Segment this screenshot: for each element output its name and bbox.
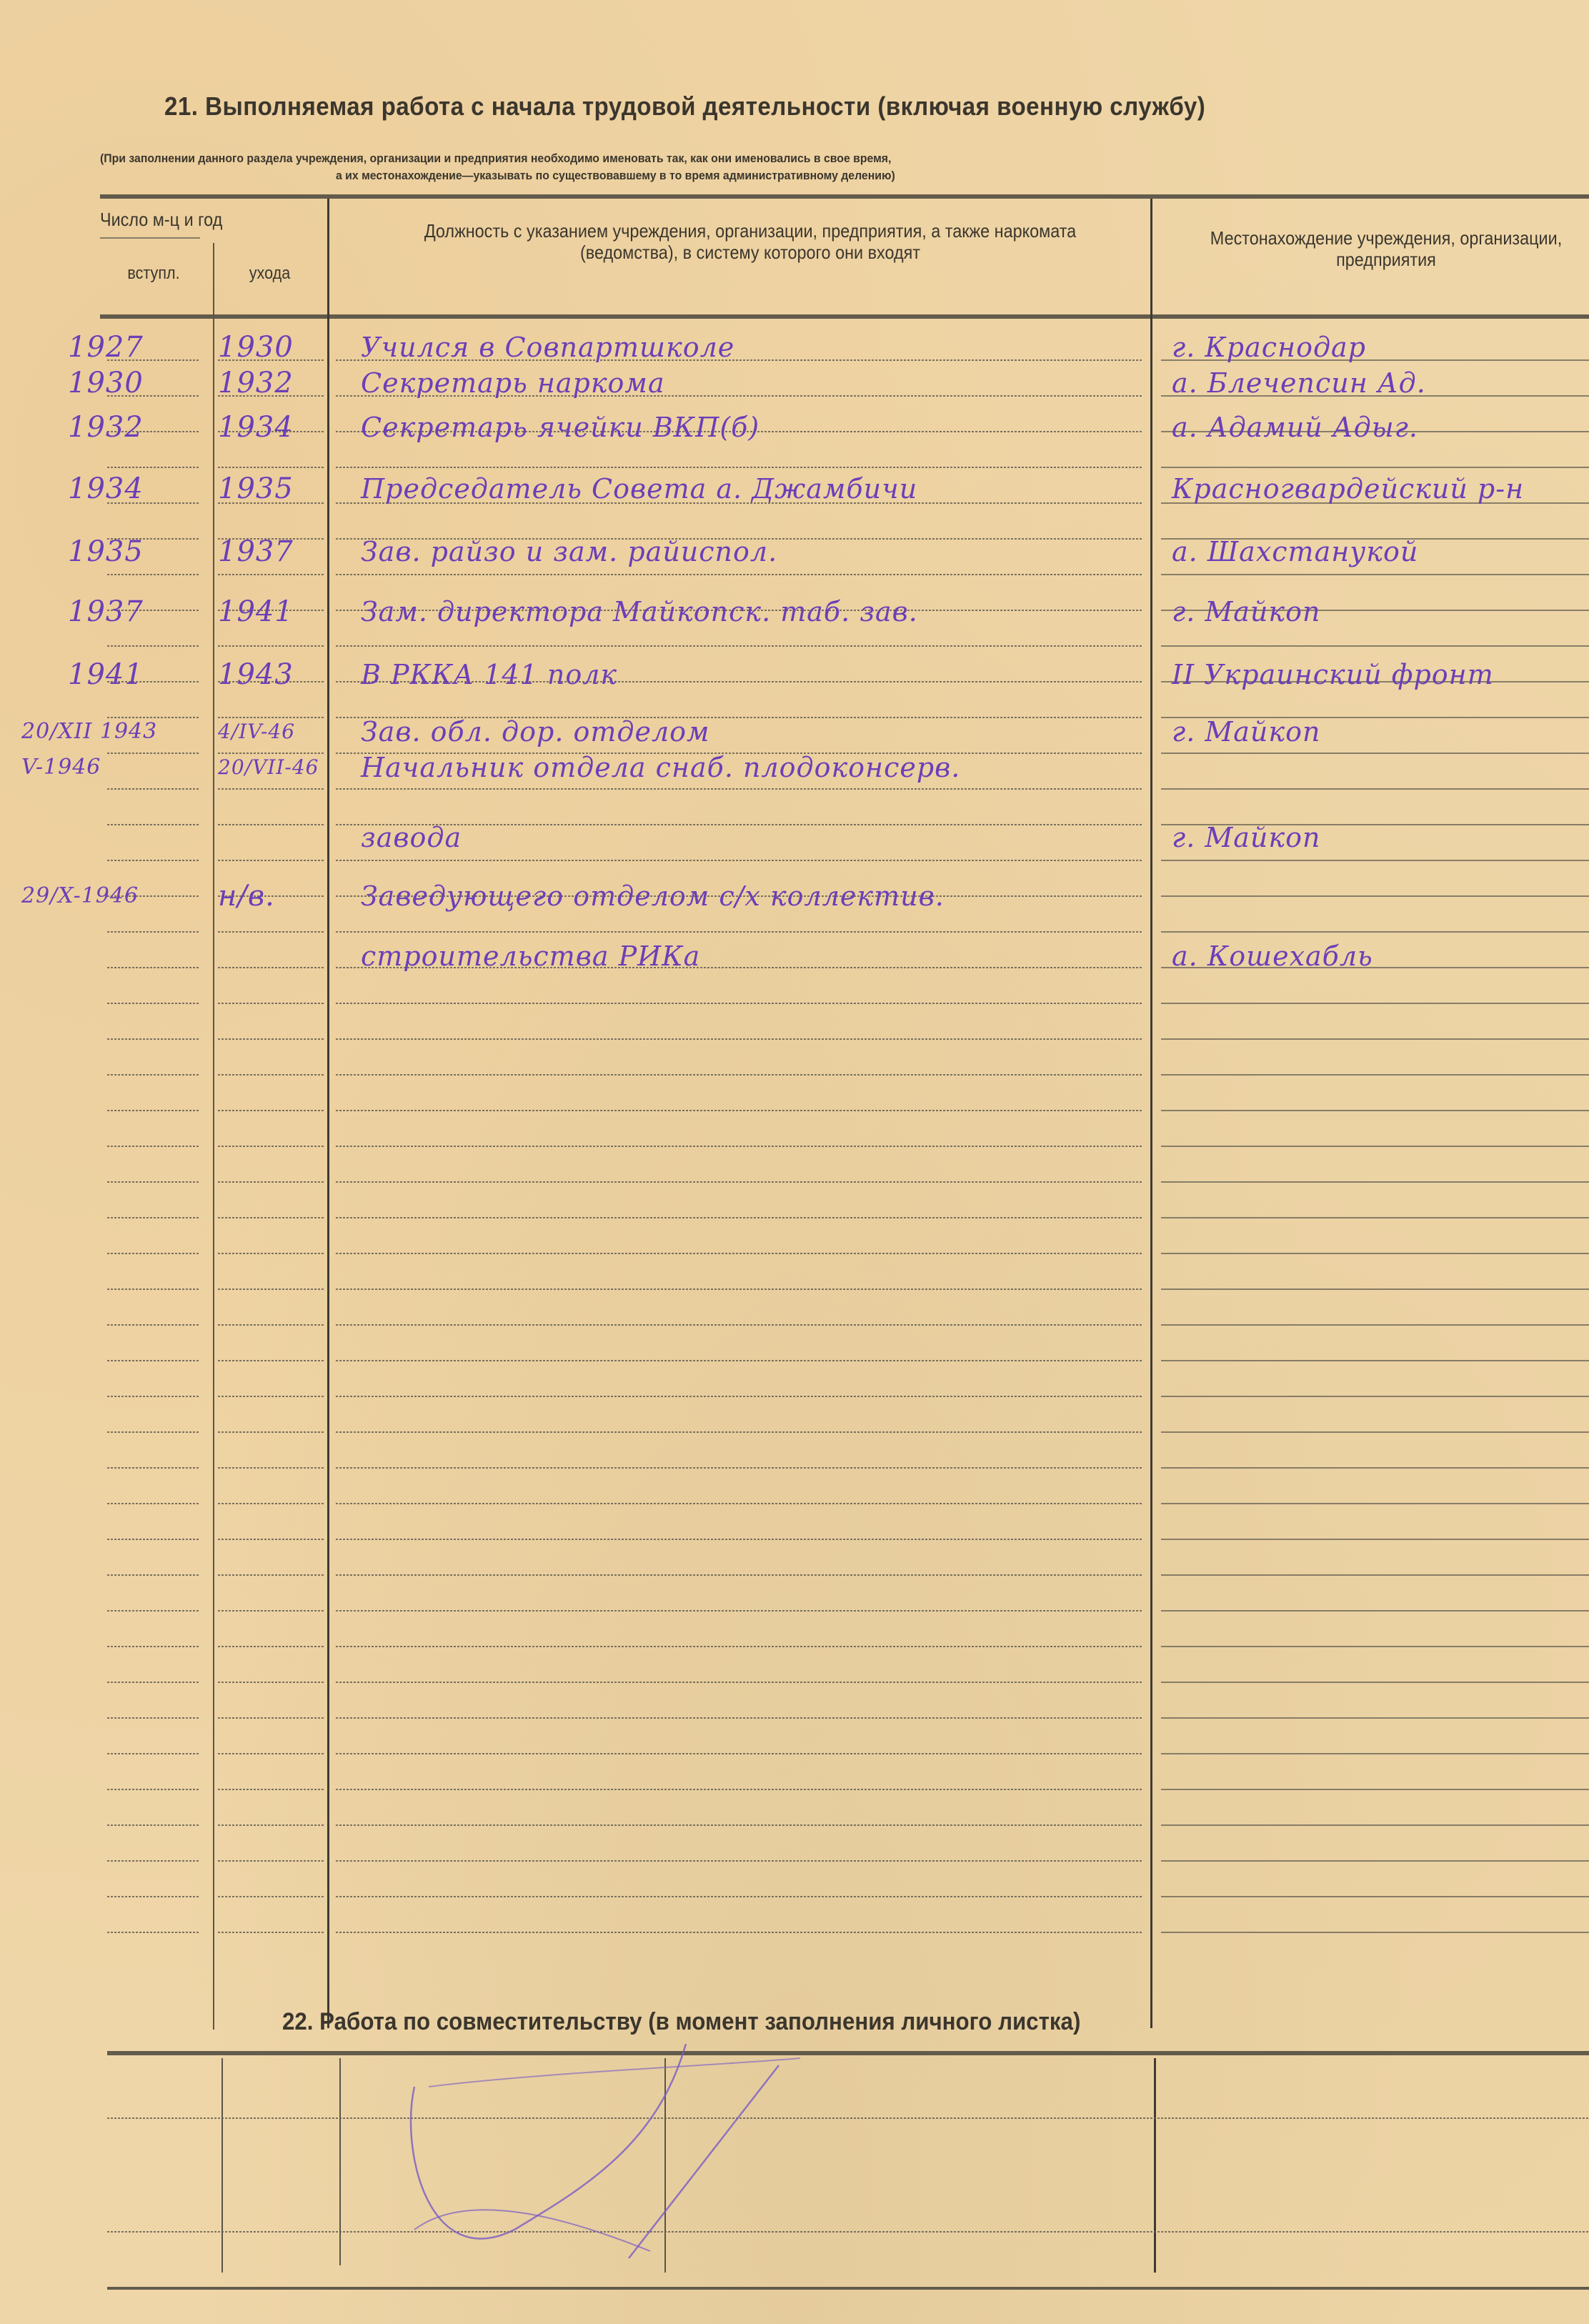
row-rule (107, 1610, 200, 1612)
row-rule (218, 1896, 325, 1897)
row-rule (336, 1932, 1143, 1933)
row-rule (107, 574, 200, 575)
row-location: Красногвардейский р-н (1172, 472, 1524, 506)
row-rule (218, 467, 325, 468)
row-rule (218, 1539, 325, 1540)
row-start-date: 20/XII 1943 (21, 715, 157, 749)
row-rule (336, 1539, 1143, 1540)
row-position: Председатель Совета а. Джамбичи (361, 472, 917, 506)
row-rule (218, 931, 325, 933)
row-rule (1161, 574, 1589, 575)
row-rule (218, 1074, 325, 1076)
row-rule (336, 1717, 1143, 1719)
row-rule (336, 931, 1143, 933)
row-rule (107, 1467, 200, 1469)
row-rule (107, 1824, 200, 1826)
row-rule (218, 1610, 325, 1612)
row-location: а. Блечепсин Ад. (1172, 366, 1426, 400)
section-22-title: 22. Работа по совместительству (в момент… (282, 2008, 1080, 2036)
row-position: завода (361, 820, 462, 855)
row-rule (107, 1146, 200, 1147)
column-divider-start-end (213, 243, 214, 2030)
row-rule (218, 1789, 325, 1790)
row-rule (107, 1253, 200, 1254)
row-rule (336, 860, 1143, 861)
row-rule (1161, 1753, 1589, 1754)
row-rule (218, 1860, 325, 1862)
row-rule (1161, 1110, 1589, 1111)
section-21-note-continued: а их местонахождение—указывать по сущест… (336, 169, 895, 183)
row-rule (336, 1181, 1143, 1183)
row-location: г. Майкоп (1172, 595, 1320, 629)
row-rule (218, 1110, 325, 1111)
row-location: II Украинский фронт (1172, 657, 1494, 692)
row-rule (107, 1038, 200, 1040)
row-rule (107, 1574, 200, 1576)
row-rule (336, 645, 1143, 647)
row-rule (1161, 1074, 1589, 1076)
row-end-date: 1935 (218, 472, 294, 506)
row-rule (218, 1824, 325, 1826)
row-rule (1161, 1932, 1589, 1933)
row-rule (218, 967, 325, 968)
row-rule (107, 1431, 200, 1433)
row-position: Секретарь ячейки ВКП(б) (361, 410, 759, 445)
row-rule (1161, 788, 1589, 790)
row-position: Зав. райзо и зам. райиспол. (361, 535, 777, 569)
row-rule (218, 1360, 325, 1361)
row-end-date: 1930 (218, 330, 294, 364)
row-rule (1161, 1360, 1589, 1361)
row-rule (1161, 1824, 1589, 1826)
row-rule (1161, 1467, 1589, 1469)
row-location: г. Краснодар (1172, 330, 1366, 364)
row-rule (218, 1003, 325, 1004)
row-position: Начальник отдела снаб. плодоконсерв. (361, 750, 960, 785)
row-rule (107, 1288, 200, 1290)
row-end-date: 1934 (218, 410, 294, 445)
row-rule (336, 1646, 1143, 1647)
row-rule (218, 1038, 325, 1040)
row-rule (1161, 1682, 1589, 1683)
row-location: г. Майкоп (1172, 820, 1320, 855)
row-rule (107, 467, 200, 468)
row-end-date: 1941 (218, 595, 294, 629)
row-rule (1161, 1896, 1589, 1897)
row-start-date: 1934 (68, 472, 144, 506)
row-rule (336, 1146, 1143, 1147)
row-rule (218, 1753, 325, 1754)
row-rule (218, 1574, 325, 1576)
row-start-date: 29/X-1946 (21, 879, 139, 913)
row-start-date: 1935 (68, 535, 144, 569)
section-21-note: (При заполнении данного раздела учрежден… (100, 152, 891, 166)
header-location: Местонахождение учреждения, организации,… (1206, 227, 1566, 270)
row-rule (336, 1824, 1143, 1826)
row-location: а. Адамий Адыг. (1172, 410, 1418, 445)
row-rule (1161, 1717, 1589, 1719)
column-divider-position-location (1150, 199, 1152, 2028)
row-rule (218, 1181, 325, 1183)
row-rule (1161, 1574, 1589, 1576)
row-rule (336, 467, 1143, 468)
row-rule (1161, 1860, 1589, 1862)
header-bottom-border (100, 314, 1589, 319)
s22-divider-1 (221, 2058, 223, 2273)
section-21-title: 21. Выполняемая работа с начала трудовой… (164, 91, 1205, 121)
row-position: Секретарь наркома (361, 366, 665, 400)
row-rule (218, 1324, 325, 1326)
row-rule (218, 1431, 325, 1433)
row-rule (218, 1217, 325, 1218)
row-position: Учился в Совпартшколе (361, 330, 734, 364)
row-rule (107, 1896, 200, 1897)
row-rule (107, 1074, 200, 1076)
row-rule (107, 788, 200, 790)
row-rule (336, 1038, 1143, 1040)
row-rule (336, 1217, 1143, 1218)
row-rule (336, 788, 1143, 790)
row-position: Заведующего отделом с/х коллектив. (361, 879, 945, 913)
row-end-date: 20/VII-46 (218, 750, 319, 785)
header-date-group: Число м-ц и год (100, 209, 306, 230)
row-location: а. Кошехабль (1172, 939, 1373, 973)
header-start: вступл. (106, 263, 202, 284)
row-rule (1161, 895, 1589, 897)
row-rule (336, 1610, 1143, 1612)
row-rule (107, 645, 200, 647)
row-rule (107, 1396, 200, 1397)
row-start-date: 1927 (68, 330, 144, 364)
row-rule (336, 1574, 1143, 1576)
row-rule (218, 1646, 325, 1647)
row-rule (107, 1181, 200, 1183)
header-end: ухода (220, 263, 320, 284)
row-rule (1161, 1217, 1589, 1218)
row-position: В РККА 141 полк (361, 657, 617, 692)
row-rule (1161, 1181, 1589, 1183)
row-rule (107, 1646, 200, 1647)
row-end-date: н/в. (218, 879, 275, 913)
row-rule (107, 860, 200, 861)
row-rule (1161, 753, 1589, 754)
row-rule (107, 824, 200, 825)
signature-strike-mark (400, 2044, 1257, 2258)
row-location: г. Майкоп (1172, 715, 1320, 749)
row-rule (1161, 1038, 1589, 1040)
row-rule (336, 1110, 1143, 1111)
row-rule (107, 1324, 200, 1326)
row-rule (336, 1467, 1143, 1469)
column-divider-dates-position (327, 199, 329, 2028)
row-rule (218, 645, 325, 647)
row-rule (218, 1467, 325, 1469)
row-start-date: 1941 (68, 657, 144, 692)
row-rule (336, 1860, 1143, 1862)
row-rule (218, 788, 325, 790)
row-rule (107, 1717, 200, 1719)
row-rule (218, 824, 325, 825)
row-rule (1161, 860, 1589, 861)
row-rule (336, 1074, 1143, 1076)
row-rule (1161, 1253, 1589, 1254)
row-rule (336, 574, 1143, 575)
row-rule (1161, 1288, 1589, 1290)
row-rule (336, 1324, 1143, 1326)
row-rule (1161, 1610, 1589, 1612)
row-rule (218, 1288, 325, 1290)
row-rule (336, 1503, 1143, 1504)
date-group-underline (100, 237, 200, 239)
row-rule (107, 1503, 200, 1504)
row-rule (218, 1503, 325, 1504)
s22-divider-2 (339, 2058, 341, 2265)
row-rule (218, 574, 325, 575)
row-rule (336, 1753, 1143, 1754)
row-rule (218, 1146, 325, 1147)
row-rule (1161, 1503, 1589, 1504)
table-top-border (100, 194, 1589, 199)
row-rule (1161, 1324, 1589, 1326)
row-rule (1161, 1646, 1589, 1647)
row-rule (107, 1860, 200, 1862)
row-rule (107, 1753, 200, 1754)
row-rule (336, 1431, 1143, 1433)
row-rule (336, 1253, 1143, 1254)
row-rule (1161, 931, 1589, 933)
row-rule (336, 1003, 1143, 1004)
row-rule (1161, 1789, 1589, 1790)
row-rule (107, 1217, 200, 1218)
row-rule (107, 753, 200, 754)
row-end-date: 1937 (218, 535, 294, 569)
row-rule (218, 1396, 325, 1397)
row-rule (218, 860, 325, 861)
row-end-date: 1943 (218, 657, 294, 692)
row-rule (107, 967, 200, 968)
s22-bottom-border (107, 2287, 1589, 2290)
row-rule (1161, 467, 1589, 468)
row-rule (218, 1932, 325, 1933)
row-rule (336, 1288, 1143, 1290)
row-rule (218, 1717, 325, 1719)
row-end-date: 4/IV-46 (218, 715, 295, 749)
row-rule (107, 1789, 200, 1790)
row-rule (336, 1360, 1143, 1361)
row-rule (336, 1396, 1143, 1397)
row-rule (107, 1682, 200, 1683)
row-rule (336, 1789, 1143, 1790)
row-start-date: 1932 (68, 410, 144, 445)
row-rule (1161, 1431, 1589, 1433)
row-rule (107, 1932, 200, 1933)
row-rule (336, 1896, 1143, 1897)
row-rule (1161, 1003, 1589, 1004)
row-rule (107, 1003, 200, 1004)
header-position: Должность с указанием учреждения, органи… (422, 220, 1078, 263)
row-rule (1161, 645, 1589, 647)
row-start-date: V-1946 (21, 750, 101, 785)
row-position: строительства РИКа (361, 939, 700, 973)
row-rule (1161, 1539, 1589, 1540)
row-end-date: 1932 (218, 366, 294, 400)
row-rule (1161, 1396, 1589, 1397)
row-rule (218, 1253, 325, 1254)
row-rule (107, 1110, 200, 1111)
row-start-date: 1930 (68, 366, 144, 400)
row-position: Зав. обл. дор. отделом (361, 715, 710, 749)
row-rule (1161, 1146, 1589, 1147)
row-rule (336, 1682, 1143, 1683)
row-start-date: 1937 (68, 595, 144, 629)
row-position: Зам. директора Майкопск. таб. зав. (361, 595, 918, 629)
row-rule (218, 1682, 325, 1683)
row-location: а. Шахстанукой (1172, 535, 1418, 569)
row-rule (107, 931, 200, 933)
row-rule (107, 1360, 200, 1361)
row-rule (107, 1539, 200, 1540)
